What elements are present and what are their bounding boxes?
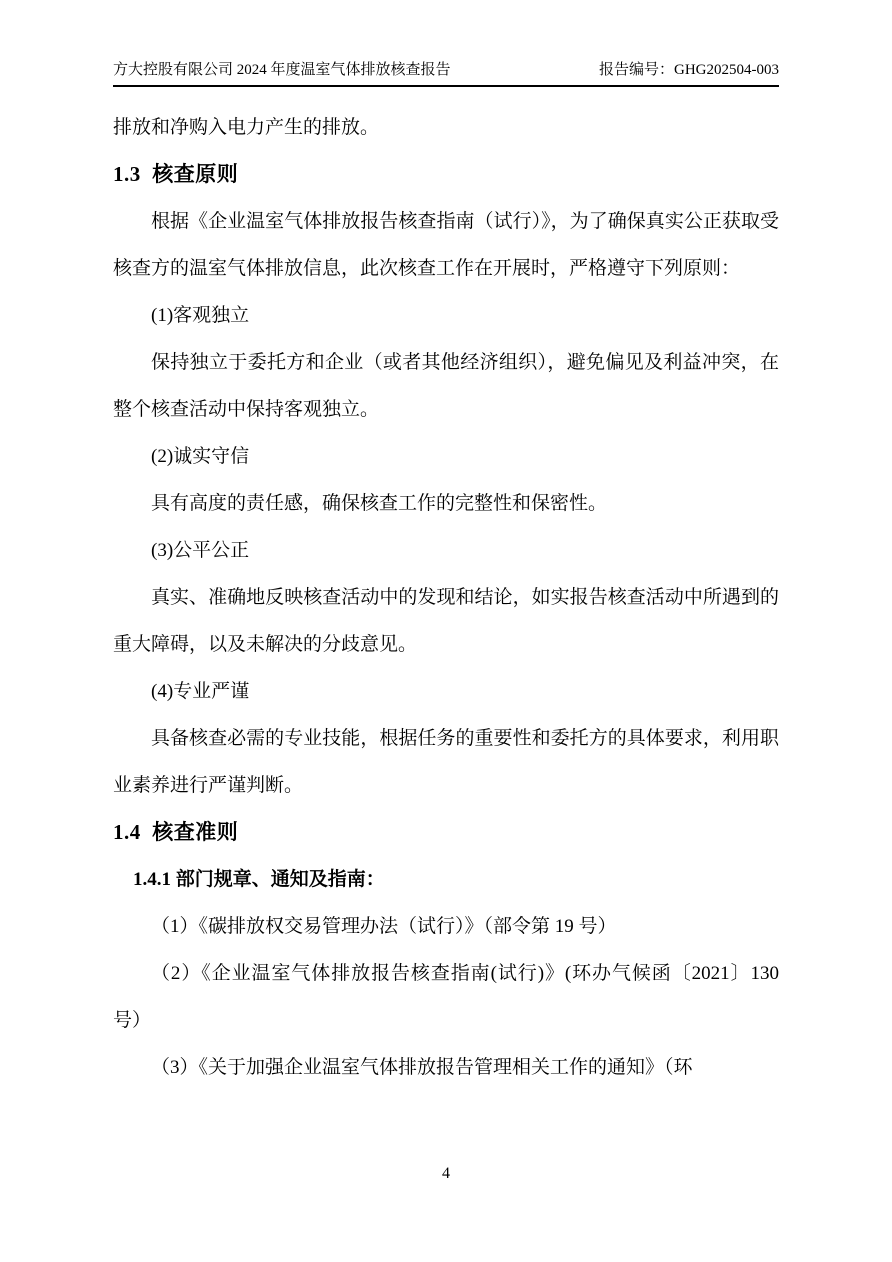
principle-4-description: 具备核查必需的专业技能，根据任务的重要性和委托方的具体要求，利用职业素养进行严谨… — [113, 715, 779, 809]
header-document-title: 方大控股有限公司 2024 年度温室气体排放核查报告 — [113, 60, 451, 81]
document-body: 排放和净购入电力产生的排放。 1.3 核查原则 根据《企业温室气体排放报告核查指… — [113, 104, 779, 1091]
principle-3-title: (3)公平公正 — [113, 527, 779, 574]
subsection-heading-1-4-1: 1.4.1 部门规章、通知及指南： — [113, 856, 779, 903]
principle-4-title: (4)专业严谨 — [113, 668, 779, 715]
page-footer: 4 — [0, 1163, 892, 1185]
principle-3-description: 真实、准确地反映核查活动中的发现和结论，如实报告核查活动中所遇到的重大障碍，以及… — [113, 574, 779, 668]
header-report-number: 报告编号：GHG202504-003 — [599, 60, 779, 81]
principle-2-description: 具有高度的责任感，确保核查工作的完整性和保密性。 — [113, 480, 779, 527]
reference-item-1: （1）《碳排放权交易管理办法（试行）》（部令第 19 号） — [113, 903, 779, 950]
page-number: 4 — [442, 1165, 450, 1182]
reference-item-3: （3）《关于加强企业温室气体排放报告管理相关工作的通知》（环 — [113, 1044, 779, 1091]
report-page: 方大控股有限公司 2024 年度温室气体排放核查报告 报告编号：GHG20250… — [0, 0, 892, 1262]
page-header: 方大控股有限公司 2024 年度温室气体排放核查报告 报告编号：GHG20250… — [113, 60, 779, 87]
principle-2-title: (2)诚实守信 — [113, 433, 779, 480]
principle-1-title: (1)客观独立 — [113, 292, 779, 339]
principle-1-description: 保持独立于委托方和企业（或者其他经济组织），避免偏见及利益冲突，在整个核查活动中… — [113, 339, 779, 433]
section-heading-1-3: 1.3 核查原则 — [113, 151, 779, 198]
paragraph-continuation: 排放和净购入电力产生的排放。 — [113, 104, 779, 151]
reference-item-2: （2）《企业温室气体排放报告核查指南(试行)》(环办气候函〔2021〕130 号… — [113, 950, 779, 1044]
section-heading-1-4: 1.4 核查准则 — [113, 809, 779, 856]
paragraph-principles-intro: 根据《企业温室气体排放报告核查指南（试行）》，为了确保真实公正获取受核查方的温室… — [113, 198, 779, 292]
